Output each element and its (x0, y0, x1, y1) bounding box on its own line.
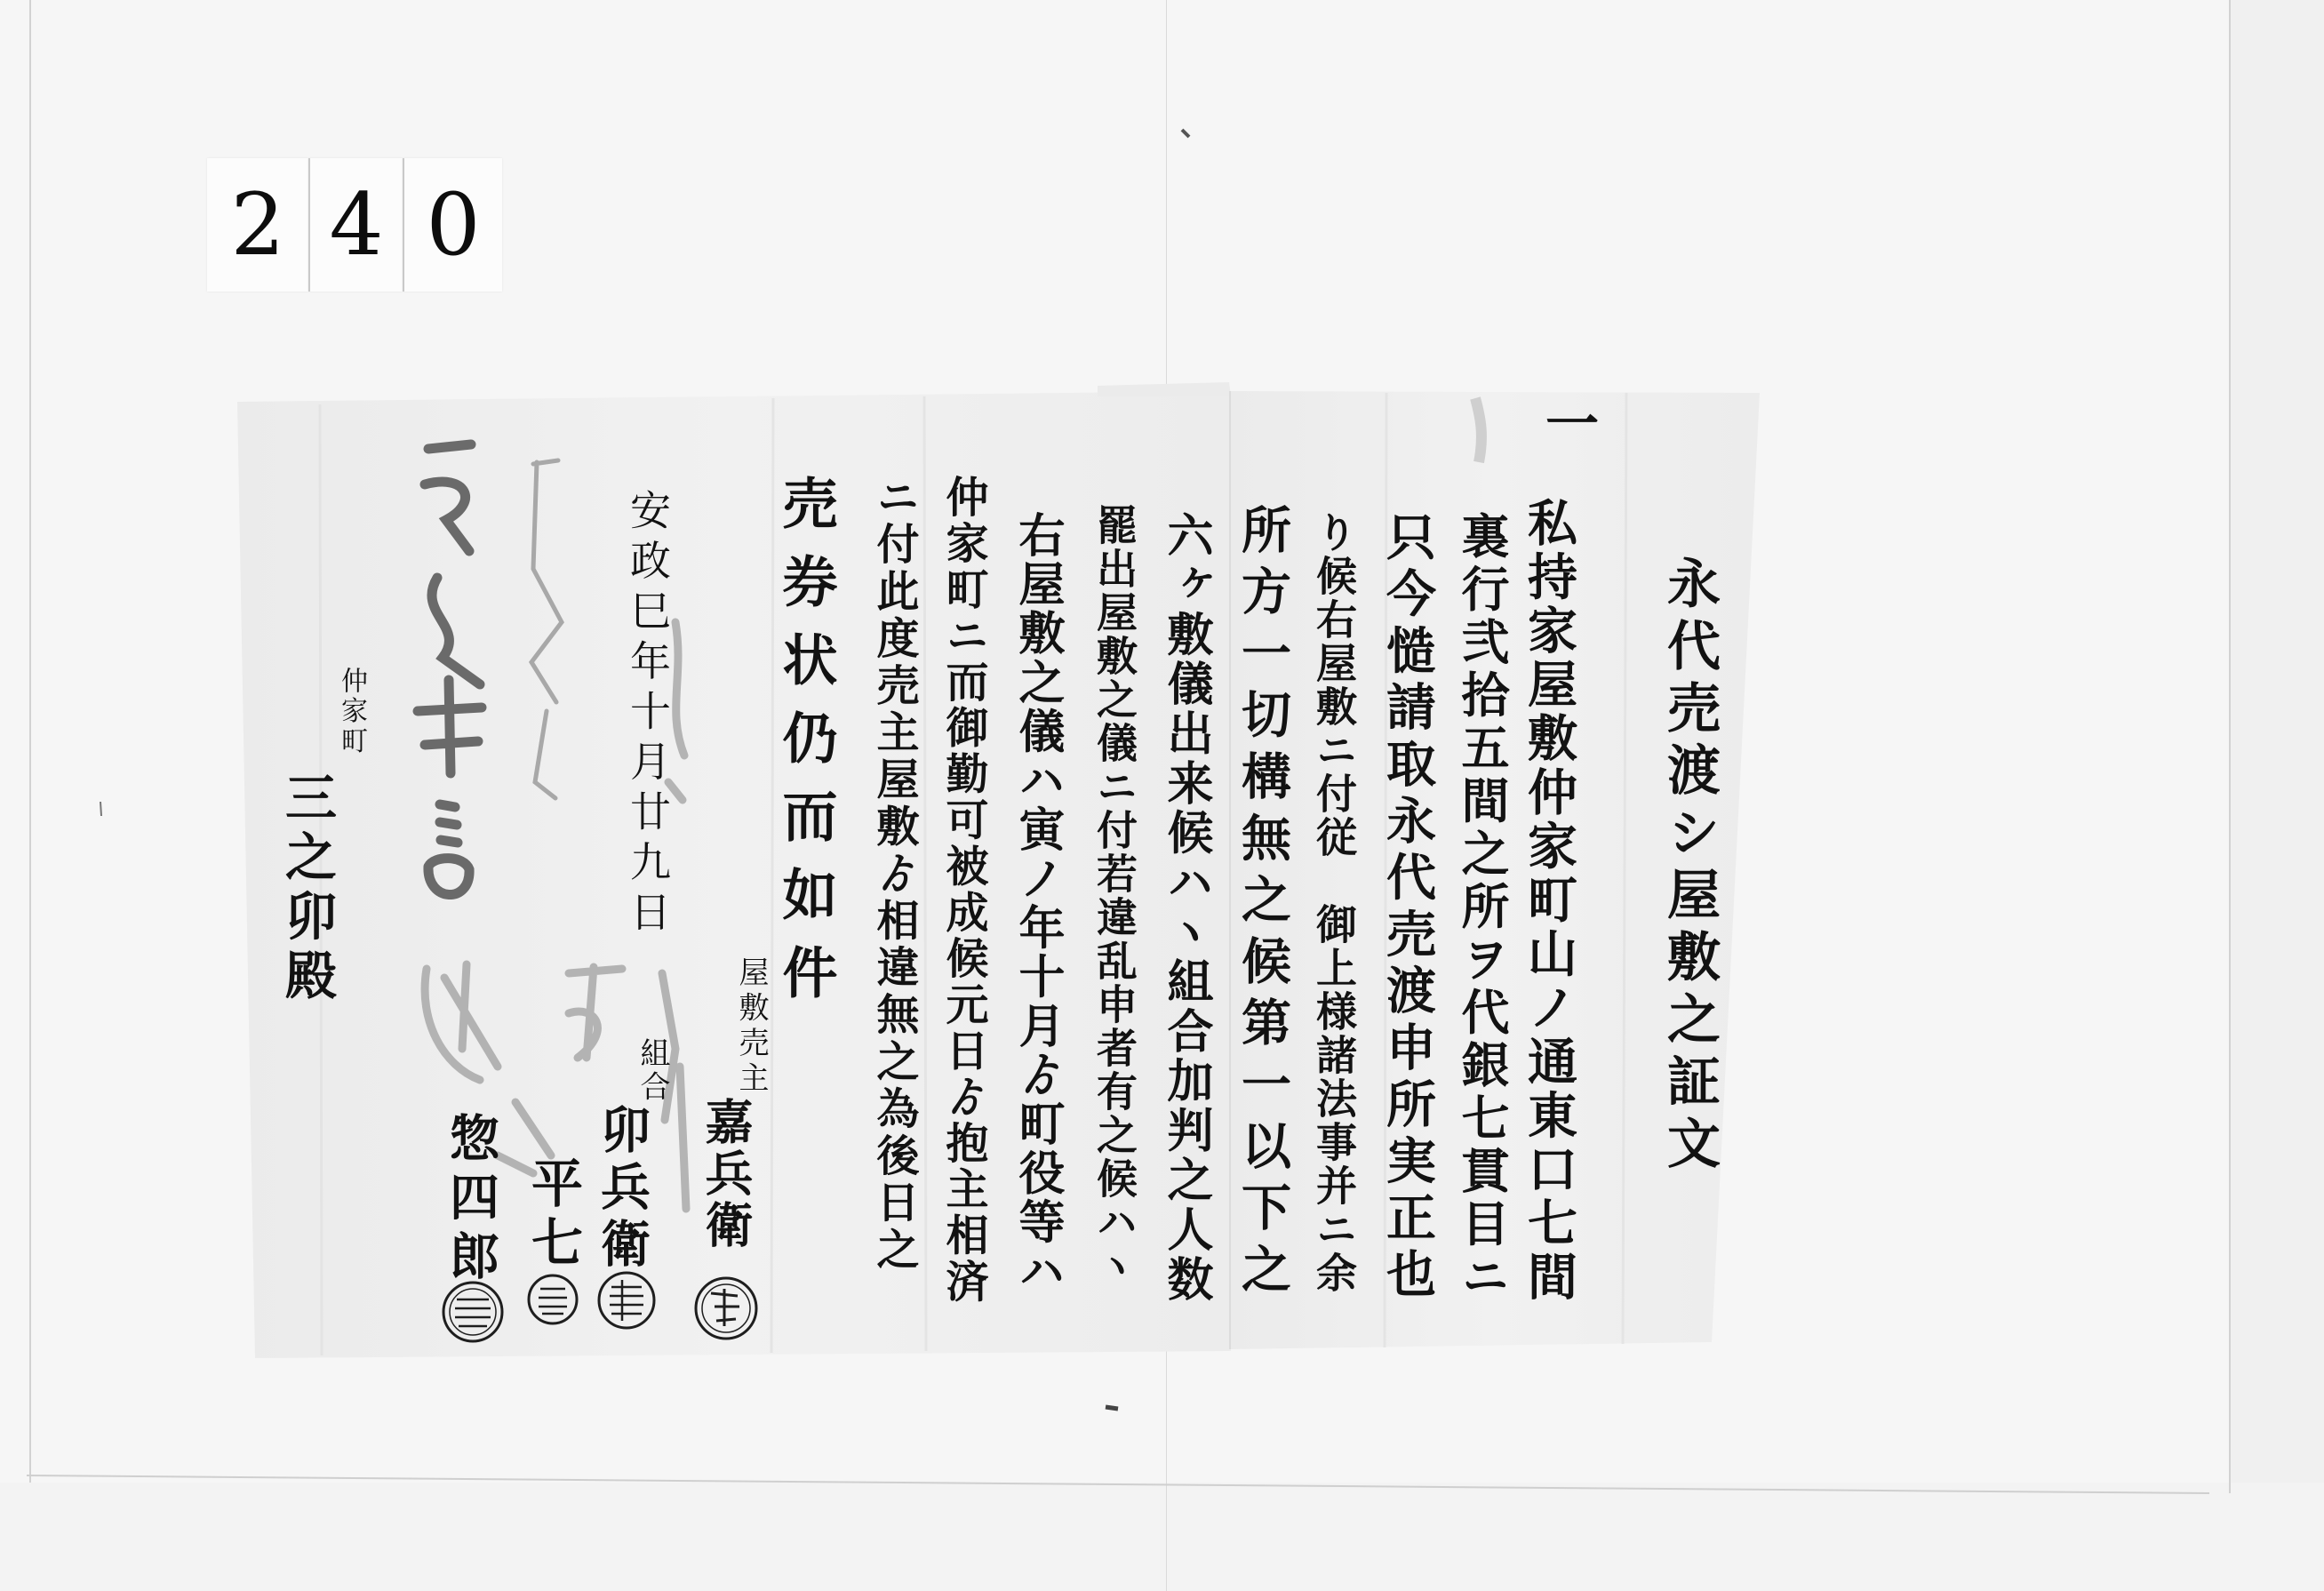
catalog-digit: 2 (207, 158, 308, 292)
signatory-role: 屋敷売主 (736, 956, 766, 1097)
signatory-name: 卯兵衛 (597, 1104, 647, 1275)
body-column: 右屋敷之儀ハ寅ノ年十月ゟ町役等ハ (1014, 511, 1060, 1296)
body-column: 只今慥請取永代売渡申所実正也 (1383, 511, 1433, 1305)
body-column: り候右屋敷ニ付従 御上様諸法事并ニ余 (1314, 511, 1354, 1295)
signatory-role: 組合 (637, 1037, 667, 1104)
paper-overlap-strip (1098, 382, 1231, 396)
scan-speck (1106, 1407, 1118, 1409)
body-column: 罷出屋敷之儀ニ付若違乱申者有之候ハヽ (1094, 504, 1135, 1288)
catalog-number-label: 2 4 0 (207, 158, 502, 292)
body-column: 売券状仍而如件 (778, 475, 833, 1022)
signatory-name: 嘉兵衛 (702, 1097, 750, 1251)
scan-speck (100, 802, 101, 816)
addressee-place: 仲家町 (338, 667, 364, 756)
document-title: 永代売渡シ屋敷之証文 (1663, 556, 1716, 1178)
catalog-digit: 0 (403, 158, 502, 292)
scan-speck (1182, 130, 1189, 137)
catalog-digit: 4 (308, 158, 403, 292)
body-column: 所方一切構無之候第一以下之 (1238, 504, 1288, 1305)
body-column: 私持家屋敷仲家町山ノ通東口七間 (1524, 497, 1574, 1305)
document-date: 安政巳年十月廿九日 (627, 489, 668, 941)
signatory-name: 平七 (527, 1156, 579, 1275)
body-column: 六ヶ敷儀出来候ハヽ組合加判之人数 (1162, 511, 1209, 1305)
signatory-name: 惣四郎 (446, 1112, 496, 1290)
paper-stain (1475, 398, 1481, 462)
body-column: 裏行弐拾五間之所ヲ代銀七貫目ニ (1458, 511, 1506, 1305)
frame-line-bottom (27, 1475, 2209, 1493)
body-column: 仲家町ニ而御勤可被成候元日ゟ抱主相済 (942, 475, 985, 1305)
addressee-name: 三之卯殿 (281, 771, 332, 1008)
item-marker: 一 (1541, 396, 1594, 449)
body-column: ニ付此度売主屋敷ゟ相違無之為後日之 (873, 475, 915, 1274)
